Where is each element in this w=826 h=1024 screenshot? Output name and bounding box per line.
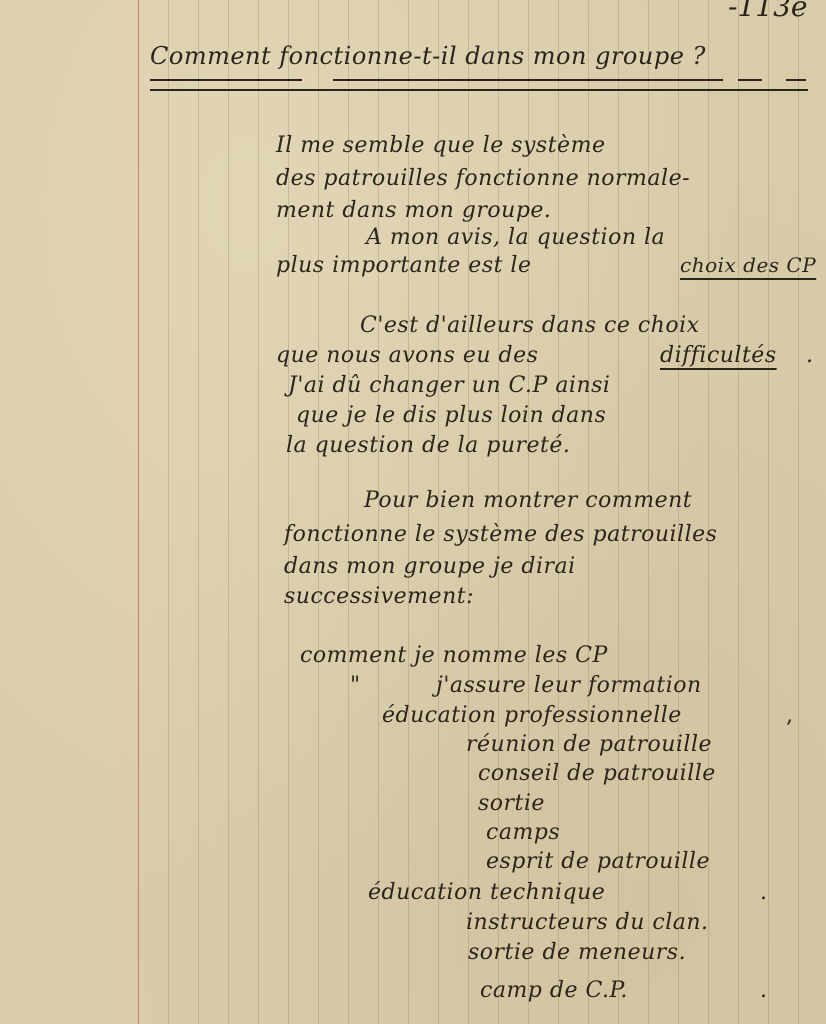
- paragraph-3-line-2: que nous avons eu des: [276, 343, 538, 368]
- title-underline-1c: [738, 79, 762, 81]
- outline-item-11: sortie de meneurs.: [468, 940, 686, 965]
- title-underline-1a: [150, 79, 302, 81]
- outline-ditto-mark: ": [350, 673, 361, 698]
- notebook-page: -113e Comment fonctionne-t-il dans mon g…: [0, 0, 826, 1024]
- paragraph-2-emphasis: choix des CP: [680, 253, 816, 277]
- outline-item-9: éducation technique: [368, 880, 605, 905]
- outline-item-3: éducation professionnelle: [382, 703, 682, 728]
- outline-item-7: camps: [486, 820, 560, 845]
- outline-item-4: réunion de patrouille: [466, 732, 712, 757]
- paragraph-4-line-1: Pour bien montrer comment: [364, 488, 692, 513]
- paragraph-2-line-2: plus importante est le: [276, 253, 532, 278]
- outline-item-6: sortie: [478, 791, 545, 816]
- paragraph-1-line-2: des patrouilles fonctionne normale-: [276, 166, 690, 191]
- paragraph-3-period: .: [806, 343, 814, 368]
- outline-item-1: comment je nomme les CP: [300, 643, 608, 668]
- page-number: -113e: [728, 0, 807, 23]
- outline-item-8: esprit de patrouille: [486, 849, 710, 874]
- paragraph-3-line-1: C'est d'ailleurs dans ce choix: [360, 313, 700, 338]
- outline-item-2: j'assure leur formation: [436, 673, 702, 698]
- paragraph-4-line-4: successivement:: [284, 584, 474, 609]
- outline-item-12-period: .: [760, 978, 767, 1003]
- paragraph-1-line-1: Il me semble que le système: [276, 133, 605, 158]
- title-underline-1b: [333, 79, 723, 81]
- paragraph-4-line-3: dans mon groupe je dirai: [284, 554, 576, 579]
- paragraph-3-line-4: que je le dis plus loin dans: [296, 403, 606, 428]
- paragraph-3-line-5: la question de la pureté.: [286, 433, 570, 458]
- outline-item-3-comma: ,: [786, 703, 793, 728]
- page-title: Comment fonctionne-t-il dans mon groupe …: [150, 42, 706, 70]
- red-margin-line: [138, 0, 139, 1024]
- paragraph-3-line-3: J'ai dû changer un C.P ainsi: [288, 373, 610, 398]
- title-underline-1d: [786, 79, 806, 81]
- outline-item-9-period: .: [760, 880, 767, 905]
- outline-item-12: camp de C.P.: [480, 978, 628, 1003]
- paragraph-1-line-3: ment dans mon groupe.: [276, 198, 551, 223]
- paragraph-4-line-2: fonctionne le système des patrouilles: [284, 522, 717, 547]
- paragraph-2-line-1: A mon avis, la question la: [366, 225, 665, 250]
- outline-item-5: conseil de patrouille: [478, 761, 716, 786]
- title-underline-2: [150, 89, 808, 91]
- outline-item-10: instructeurs du clan.: [466, 910, 709, 935]
- paragraph-3-emphasis: difficultés: [660, 343, 777, 368]
